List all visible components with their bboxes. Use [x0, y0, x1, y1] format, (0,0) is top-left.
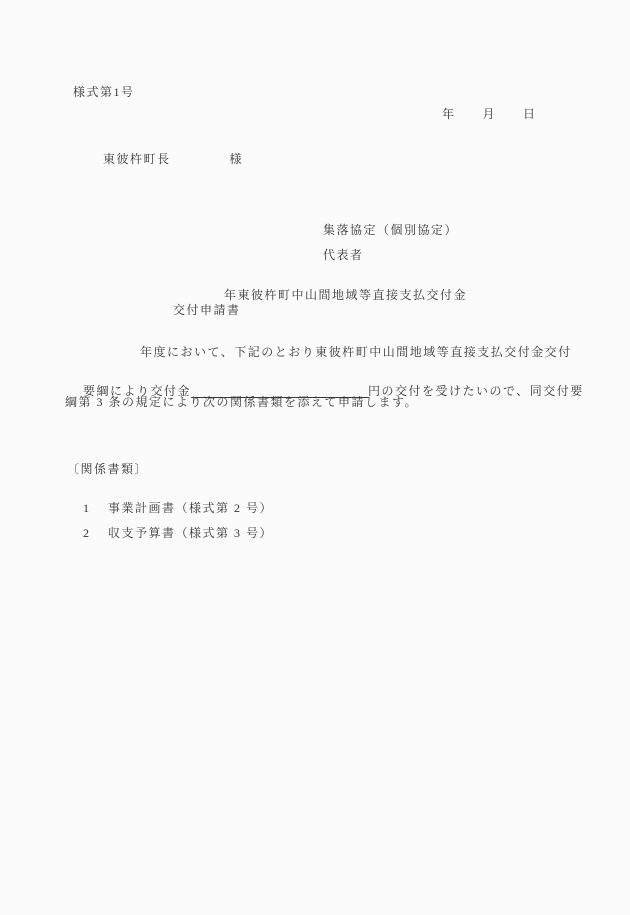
body-paragraph-line-1: 年度において、下記のとおり東彼杵町中山間地域等直接支払交付金交付 — [140, 345, 572, 359]
date-year-label: 年 — [442, 107, 456, 121]
date-day-label: 日 — [523, 107, 537, 121]
body-paragraph-line-3: 綱第 3 条の規定により次の関係書類を添えて申請します。 — [65, 395, 418, 409]
representative-label: 代表者 — [323, 248, 364, 262]
addressee-name: 東彼杵町長 — [103, 152, 171, 166]
date-line: 年 月 日 — [442, 107, 537, 121]
agreement-label: 集落協定（個別協定） — [323, 223, 458, 237]
attachments-heading: 〔関係書類〕 — [67, 462, 148, 476]
attachment-item: 2収支予算書（様式第 3 号） — [65, 512, 273, 554]
attachment-item-label: 収支予算書（様式第 3 号） — [108, 526, 273, 540]
addressee-honorific: 様 — [230, 152, 244, 166]
document-title-line-2: 交付申請書 — [173, 303, 241, 317]
attachment-item-number: 2 — [83, 526, 108, 540]
document-page: 様式第1号 年 月 日 東彼杵町長 様 集落協定（個別協定） 代表者 年東彼杵町… — [0, 0, 630, 915]
document-title-line-1: 年東彼杵町中山間地域等直接支払交付金 — [224, 288, 467, 302]
addressee-line: 東彼杵町長 様 — [103, 152, 243, 166]
form-number: 様式第1号 — [73, 85, 135, 99]
date-month-label: 月 — [483, 107, 497, 121]
